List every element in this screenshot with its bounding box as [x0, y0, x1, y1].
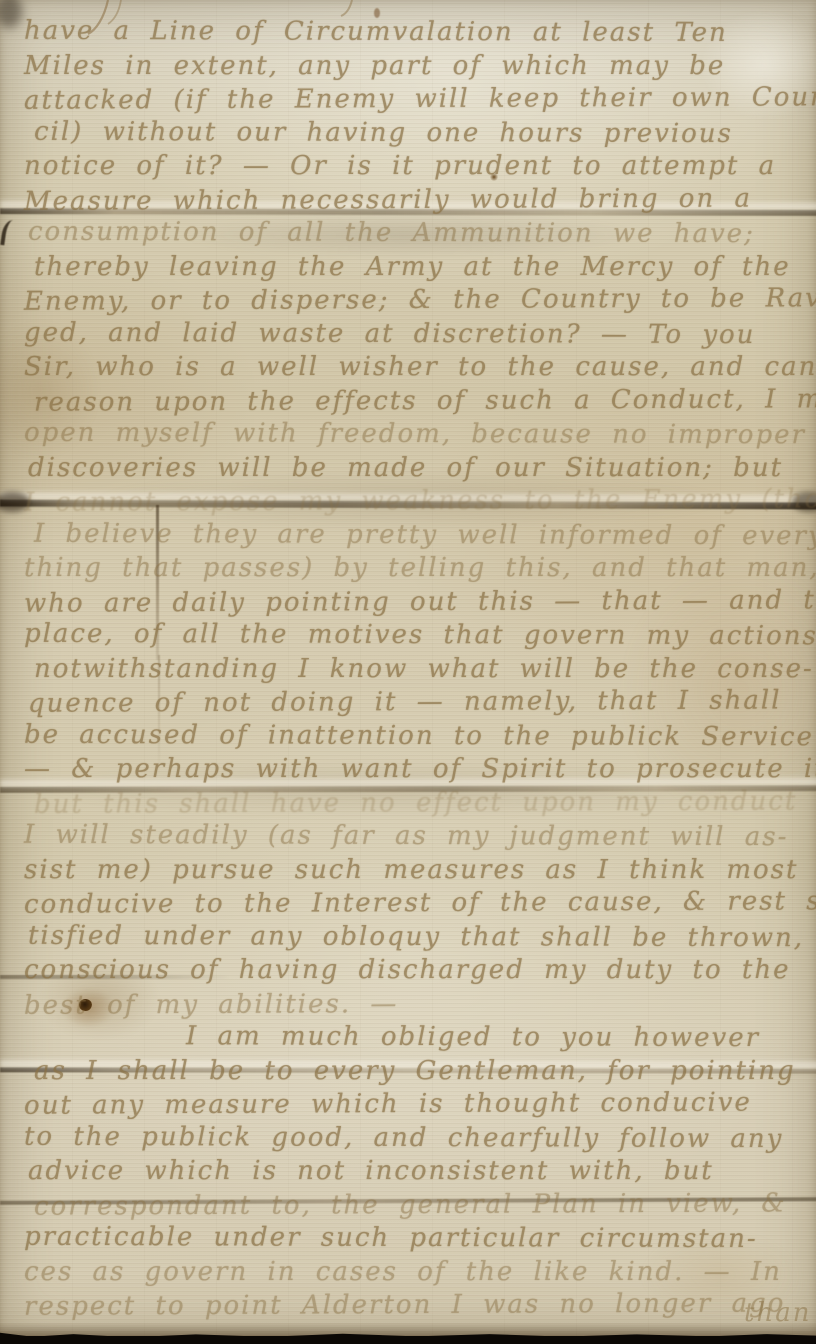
letter-line: Measure which necessarily would bring on…: [24, 181, 816, 218]
letter-line: conducive to the Interest of the cause, …: [24, 884, 816, 921]
letter-line: correspondant to, the general Plan in vi…: [24, 1186, 816, 1223]
letter-line: Sir, who is a well wisher to the cause, …: [24, 350, 816, 384]
letter-line: as I shall be to every Gentleman, for po…: [24, 1054, 816, 1088]
text-layer: have a Line of Circumvalation at least T…: [0, 0, 816, 1336]
letter-line: — & perhaps with want of Spirit to prose…: [24, 752, 816, 786]
letter-line: consumption of all the Ammunition we hav…: [24, 215, 816, 251]
letter-line: out any measure which is thought conduci…: [24, 1085, 816, 1122]
letter-line: open myself with freedom, because no imp…: [24, 416, 816, 452]
letter-line: notice of it? — Or is it prudent to atte…: [24, 149, 816, 183]
letter-line: best of my abilities. —: [24, 985, 816, 1022]
letter-line: I will steadily (as far as my judgment w…: [24, 818, 816, 854]
letter-line: thereby leaving the Army at the Mercy of…: [24, 250, 816, 284]
letter-line: I cannot expose my weakness to the Enemy…: [24, 482, 816, 519]
letter-line: tisfied under any obloquy that shall be …: [24, 918, 816, 954]
letter-line: cil) without our having one hours previo…: [24, 114, 816, 150]
letter-line: ged, and laid waste at discretion? — To …: [24, 315, 816, 351]
letter-line: discoveries will be made of our Situatio…: [24, 451, 816, 485]
letter-line: ces as govern in cases of the like kind.…: [24, 1255, 816, 1289]
letter-line: Miles in extent, any part of which may b…: [24, 49, 816, 83]
letter-line: thing that passes) by telling this, and …: [24, 551, 816, 585]
bottom-edge-shadow: [0, 1322, 816, 1336]
letter-line: attacked (if the Enemy will keep their o…: [24, 80, 816, 117]
letter-line: but this shall have no effect upon my co…: [24, 784, 816, 821]
letter-line: place, of all the motives that govern my…: [24, 617, 816, 653]
letter-line: reason upon the effects of such a Conduc…: [24, 382, 816, 419]
letter-line: sist me) pursue such measures as I think…: [24, 853, 816, 887]
letter-line: conscious of having discharged my duty t…: [24, 953, 816, 987]
letter-photograph: have a Line of Circumvalation at least T…: [0, 0, 816, 1344]
letter-line: advice which is not inconsistent with, b…: [24, 1154, 816, 1188]
letter-line: Enemy, or to disperse; & the Country to …: [24, 281, 816, 318]
letter-line: I am much obliged to you however: [24, 1019, 816, 1055]
letter-line: notwithstanding I know what will be the …: [24, 652, 816, 686]
letter-line: respect to point Alderton I was no longe…: [24, 1286, 816, 1323]
letter-line: I believe they are pretty well informed …: [24, 516, 816, 552]
letter-line: be accused of inattention to the publick…: [24, 717, 816, 753]
letter-line: practicable under such particular circum…: [24, 1220, 816, 1256]
letter-line: who are daily pointing out this — that —…: [24, 583, 816, 620]
letter-line: have a Line of Circumvalation at least T…: [24, 14, 816, 50]
letter-line: quence of not doing it — namely, that I …: [24, 683, 816, 720]
letter-line: to the publick good, and chearfully foll…: [24, 1119, 816, 1155]
